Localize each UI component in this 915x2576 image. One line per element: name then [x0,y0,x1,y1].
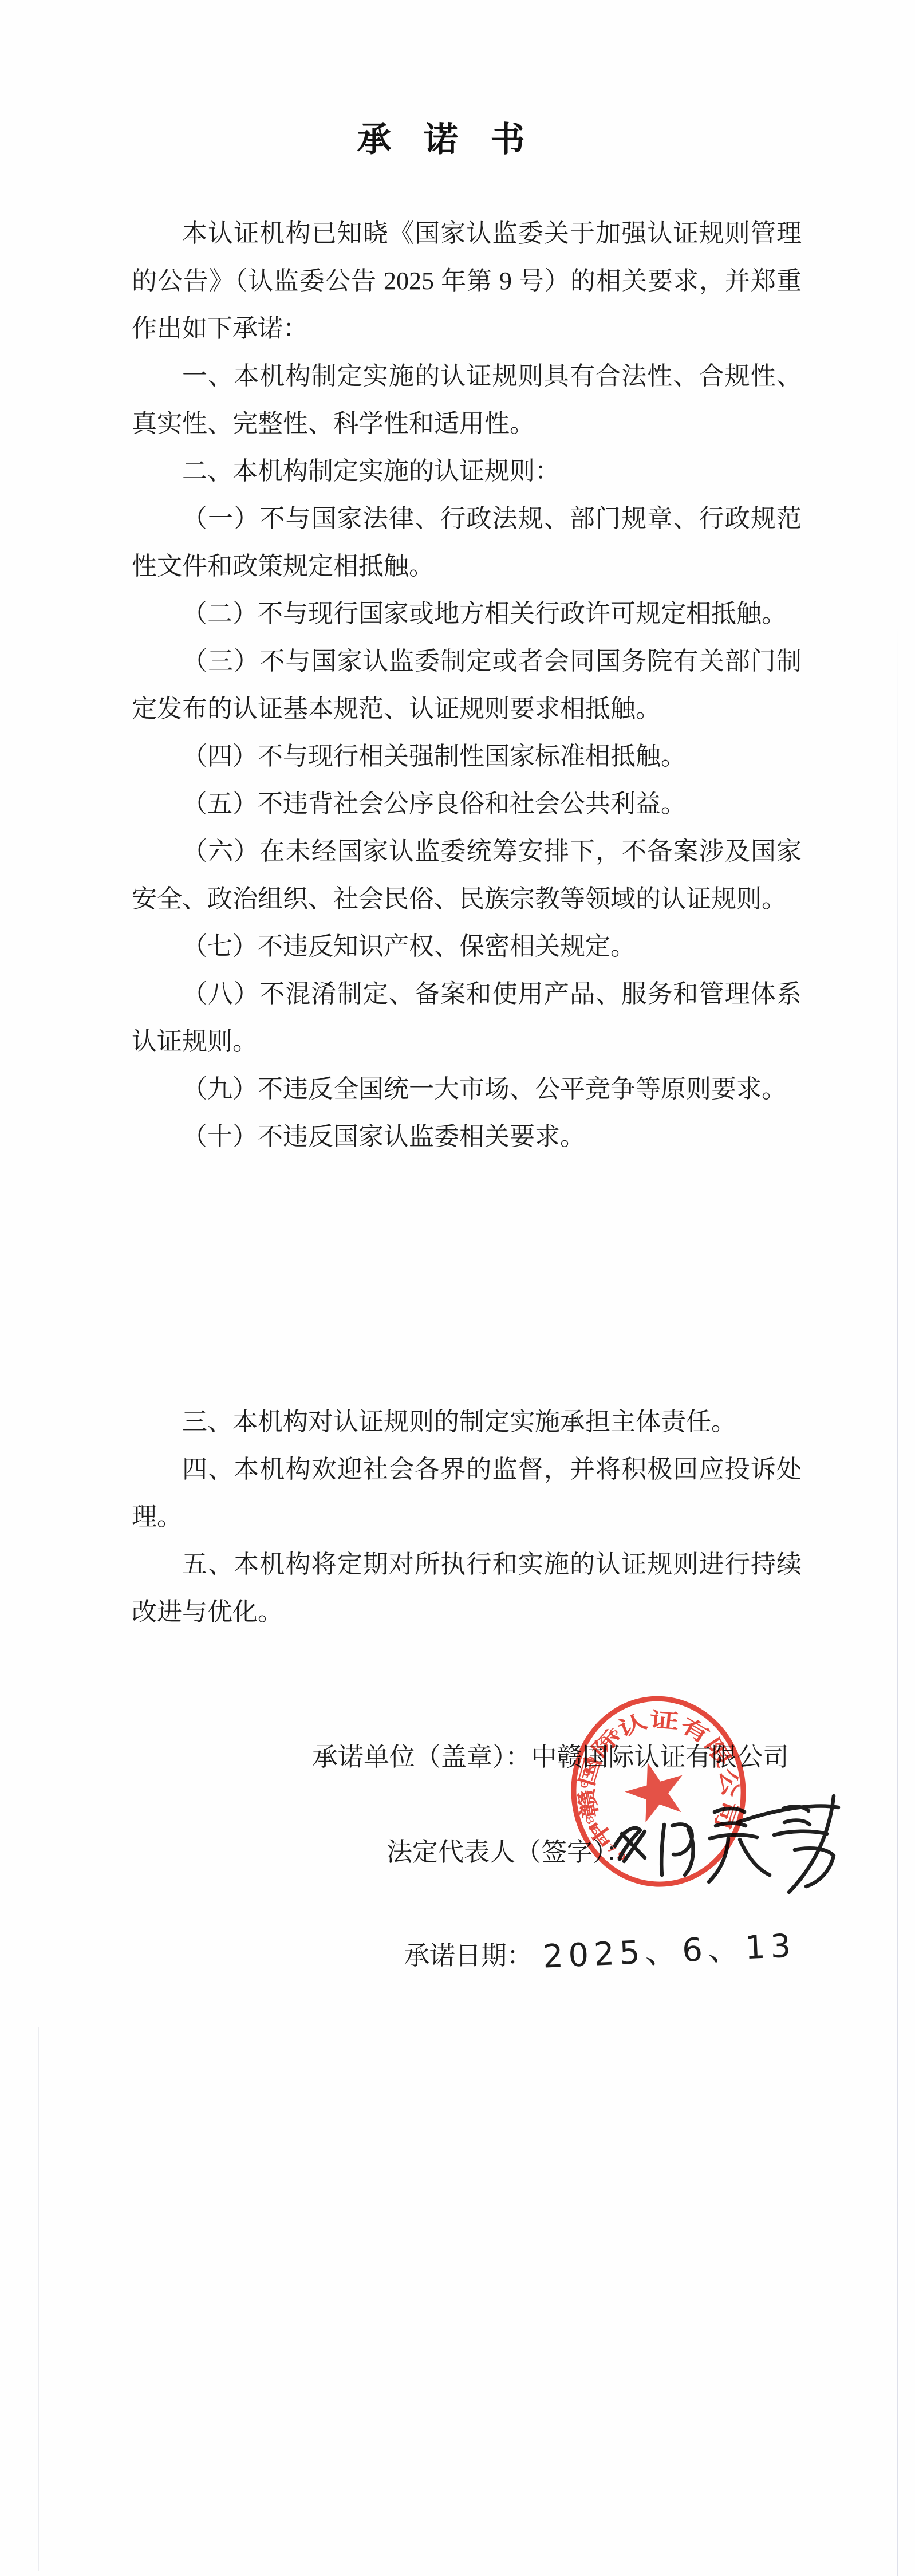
signature-stroke [709,1838,770,1882]
commitment-date-line: 承诺日期：2025、6、13 [404,1937,796,1973]
paragraph-item-4: 四、本机构欢迎社会各界的监督，并将积极回应投诉处理。 [132,1445,802,1541]
paragraph-subitem-4: （四）不与现行相关强制性国家标准相抵触。 [132,732,802,780]
scan-artifact-line [38,2027,39,2571]
paragraph-subitem-10: （十）不违反国家认监委相关要求。 [132,1113,802,1160]
signature-stroke [661,1825,664,1875]
paragraph-subitem-1: （一）不与国家法律、行政法规、部门规章、行政规范性文件和政策规定相抵触。 [132,495,802,590]
signature-reading: 欧阳昊昇 [0,0,1,1]
commitment-date-label: 承诺日期： [404,1941,533,1970]
paragraph-subitem-6: （六）在未经国家认监委统筹安排下，不备案涉及国家安全、政治组织、社会民俗、民族宗… [132,828,802,923]
signature-stroke [774,1831,827,1835]
signature-stroke [710,1835,757,1838]
scan-artifact-line [897,619,898,2576]
paragraph-subitem-5: （五）不违背社会公序良俗和社会公共利益。 [132,780,802,828]
signature-stroke [789,1796,834,1892]
paragraph-subitem-9: （九）不违反全国统一大市场、公平竞争等原则要求。 [132,1065,802,1113]
paragraph-item-5: 五、本机构将定期对所执行和实施的认证规则进行持续改进与优化。 [132,1541,802,1636]
paragraph-subitem-8: （八）不混淆制定、备案和使用产品、服务和管理体系认证规则。 [132,970,802,1065]
paragraph-subitem-3: （三）不与国家认监委制定或者会同国务院有关部门制定发布的认证基本规范、认证规则要… [132,637,802,732]
handwritten-signature [602,1774,849,1912]
paragraph-item-3: 三、本机构对认证规则的制定实施承担主体责任。 [132,1398,802,1445]
paragraph-item-2: 二、本机构制定实施的认证规则： [132,447,802,495]
paragraph-subitem-7: （七）不违反知识产权、保密相关规定。 [132,923,802,970]
paragraph-item-1: 一、本机构制定实施的认证规则具有合法性、合规性、真实性、完整性、科学性和适用性。 [132,352,802,447]
paragraph-intro: 本认证机构已知晓《国家认监委关于加强认证规则管理的公告》（认监委公告 2025 … [132,210,802,352]
handwritten-date: 2025、6、13 [542,1929,797,1974]
signature-stroke [715,1809,746,1826]
document-body: 本认证机构已知晓《国家认监委关于加强认证规则管理的公告》（认监委公告 2025 … [132,210,802,1636]
commitment-unit-label: 承诺单位（盖章）： [312,1743,531,1771]
page-title: 承 诺 书 [0,112,893,162]
document-page: 承 诺 书 本认证机构已知晓《国家认监委关于加强认证规则管理的公告》（认监委公告… [0,0,915,2576]
paragraph-subitem-2: （二）不与现行国家或地方相关行政许可规定相抵触。 [132,590,802,637]
